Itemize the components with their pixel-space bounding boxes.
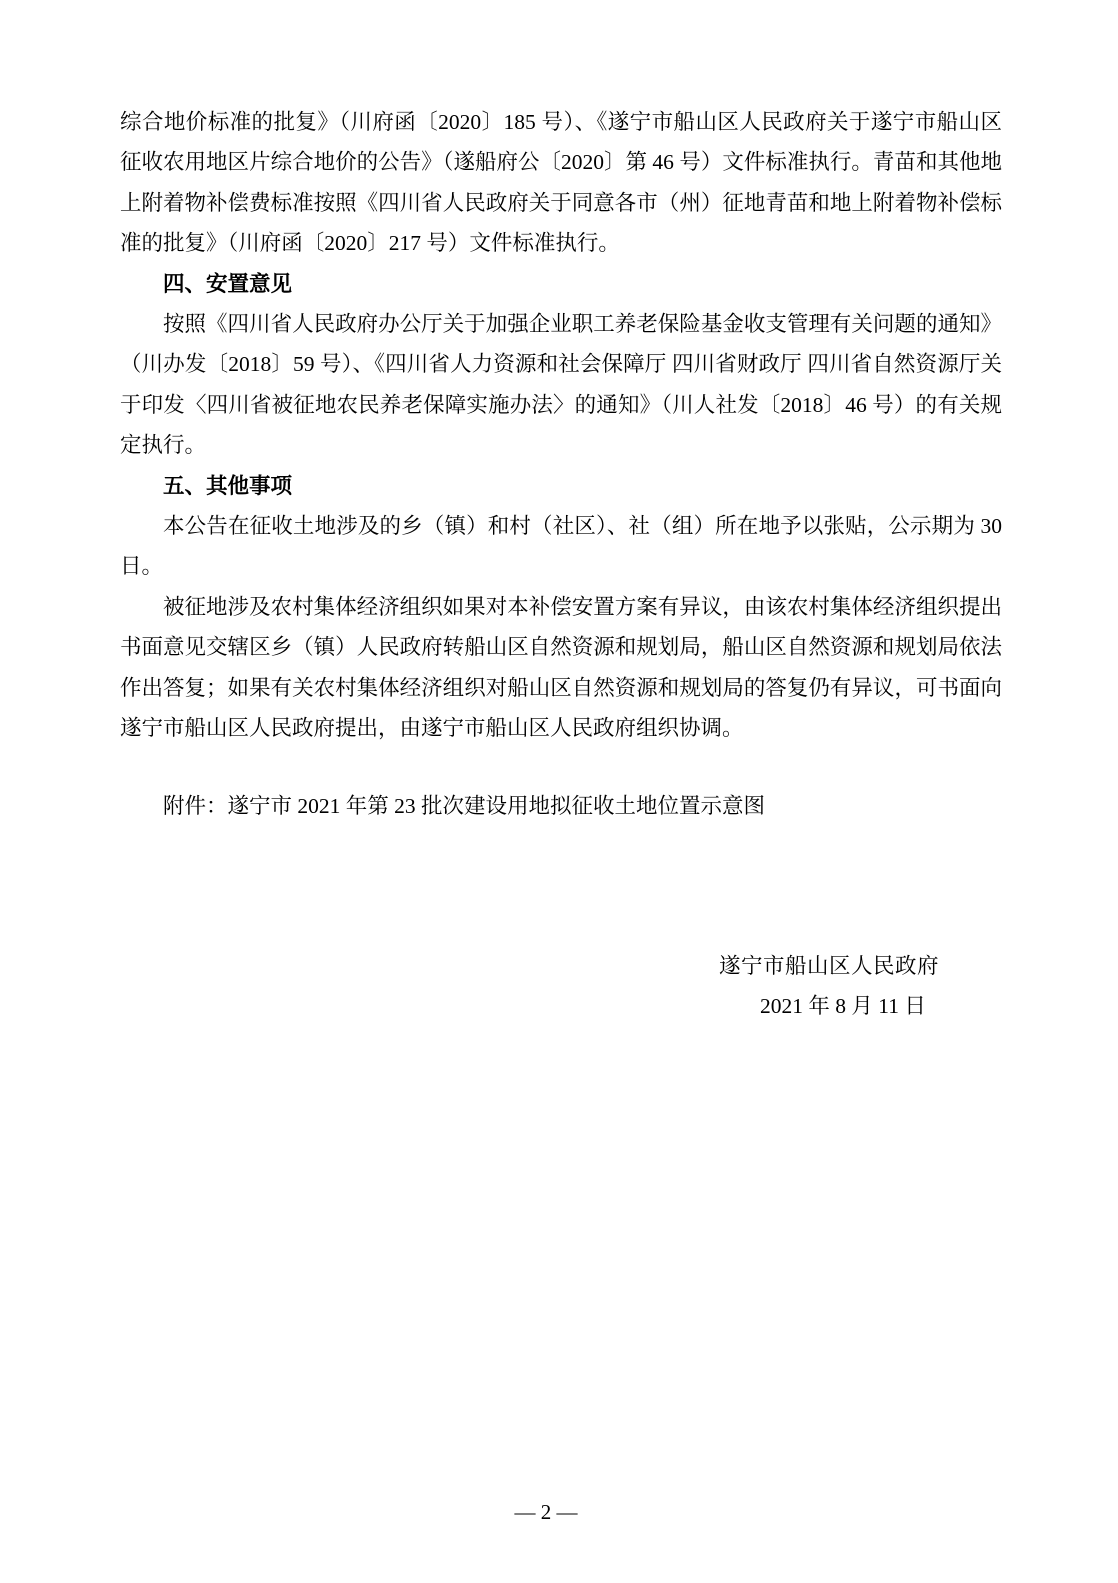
paragraph-objection-procedure: 被征地涉及农村集体经济组织如果对本补偿安置方案有异议，由该农村集体经济组织提出书… <box>120 587 1002 749</box>
paragraph-posting-period: 本公告在征收土地涉及的乡（镇）和村（社区）、社（组）所在地予以张贴，公示期为 3… <box>120 506 1002 587</box>
signature-issuer: 遂宁市船山区人民政府 <box>719 945 939 987</box>
attachment-line: 附件：遂宁市 2021 年第 23 批次建设用地拟征收土地位置示意图 <box>120 786 1002 826</box>
section-heading-resettlement-opinion: 四、安置意见 <box>120 264 1002 304</box>
paragraph-compensation-standards-continuation: 综合地价标准的批复》（川府函〔2020〕185 号）、《遂宁市船山区人民政府关于… <box>120 102 1002 264</box>
paragraph-resettlement-opinion: 按照《四川省人民政府办公厅关于加强企业职工养老保险基金收支管理有关问题的通知》（… <box>120 304 1002 466</box>
page-number: — 2 — <box>0 1498 1092 1526</box>
signature-date: 2021 年 8 月 11 日 <box>760 985 926 1027</box>
section-heading-other-matters: 五、其他事项 <box>120 466 1002 506</box>
document-body: 综合地价标准的批复》（川府函〔2020〕185 号）、《遂宁市船山区人民政府关于… <box>120 102 1002 826</box>
document-page: 综合地价标准的批复》（川府函〔2020〕185 号）、《遂宁市船山区人民政府关于… <box>0 0 1118 1583</box>
